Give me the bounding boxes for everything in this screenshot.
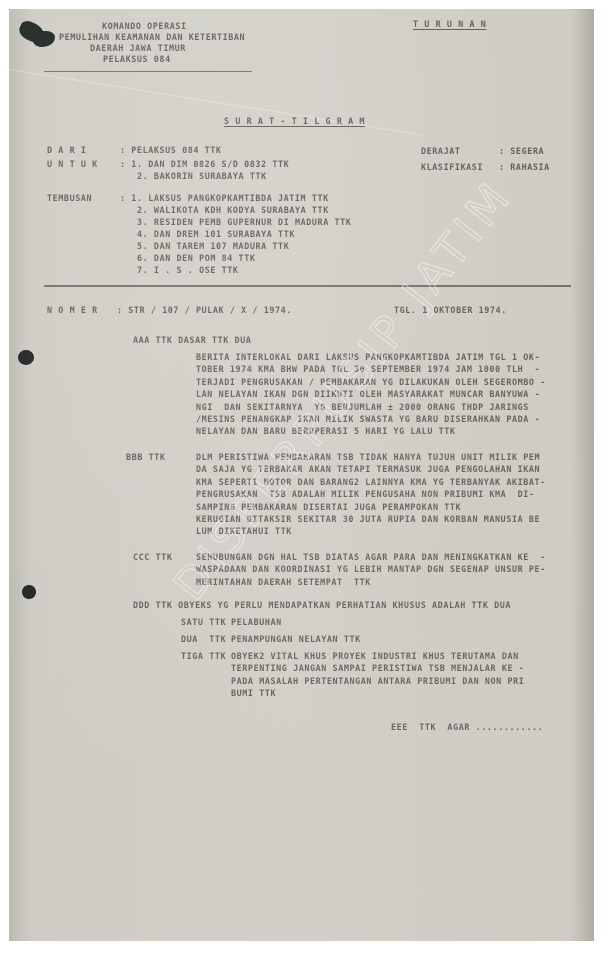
org-line-4: PELAKSUS 084: [103, 54, 171, 64]
tembusan-item: 2. WALIKOTA KDH KODYA SURABAYA TTK: [137, 205, 329, 215]
ddd-item-text: PELABUHAN: [231, 617, 282, 627]
header-rule: [44, 71, 252, 72]
untuk-label: U N T U K: [47, 159, 98, 169]
ink-stain: [33, 31, 55, 47]
nomor-value: : STR / 107 / PULAK / X / 1974.: [117, 305, 292, 315]
bbb-label: BBB TTK: [126, 452, 166, 462]
nomor-label: N O M E R: [47, 305, 98, 315]
tembusan-item: 6. DAN DEN POM 84 TTK: [137, 253, 256, 263]
copy-mark: T U R U N A N: [413, 19, 486, 29]
scanned-telegram-page: KOMANDO OPERASI PEMULIHAN KEAMANAN DAN K…: [9, 9, 594, 941]
punch-hole: [18, 350, 34, 365]
tembusan-item: 4. DAN DREM 101 SURABAYA TTK: [137, 229, 295, 239]
tembusan-item: 3. RESIDEN PEMB GUPERNUR DI MADURA TTK: [137, 217, 351, 227]
klasifikasi-label: KLASIFIKASI: [421, 162, 483, 172]
org-line-2: PEMULIHAN KEAMANAN DAN KETERTIBAN: [59, 32, 245, 42]
tembusan-item: : 1. LAKSUS PANGKOPKAMTIBDA JATIM TTK: [120, 193, 329, 203]
punch-hole: [22, 585, 36, 599]
ddd-item-label: DUA TTK: [181, 634, 226, 644]
opening-line: AAA TTK DASAR TTK DUA: [133, 335, 252, 345]
dari-label: D A R I: [47, 145, 87, 155]
ccc-label: CCC TTK: [133, 552, 173, 562]
tembusan-item: 5. DAN TAREM 107 MADURA TTK: [137, 241, 289, 251]
section-rule: [44, 285, 571, 287]
tembusan-label: TEMBUSAN: [47, 193, 92, 203]
klasifikasi-value: : RAHASIA: [499, 162, 550, 172]
org-line-3: DAERAH JAWA TIMUR: [90, 43, 186, 53]
org-line-1: KOMANDO OPERASI: [102, 21, 187, 31]
dari-value: : PELAKSUS 084 TTK: [120, 145, 222, 155]
closing-line: EEE TTK AGAR ............: [391, 722, 543, 732]
document-type: S U R A T - T I L G R A M: [224, 116, 365, 126]
derajat-label: DERAJAT: [421, 146, 461, 156]
ddd-item-text: PENAMPUNGAN NELAYAN TTK: [231, 634, 361, 644]
ddd-item-text: OBYEK2 VITAL KHUS PROYEK INDUSTRI KHUS T…: [231, 651, 581, 701]
derajat-value: : SEGERA: [499, 146, 544, 156]
paragraph-ccc: SEHUBUNGAN DGN HAL TSB DIATAS AGAR PARA …: [196, 552, 576, 589]
ddd-line: DDD TTK OBYEKS YG PERLU MENDAPATKAN PERH…: [133, 600, 511, 610]
ddd-item-label: TIGA TTK: [181, 651, 226, 661]
untuk-item: : 1. DAN DIM 0826 S/D 0832 TTK: [120, 159, 289, 169]
untuk-item: 2. BAKORIN SURABAYA TTK: [137, 171, 267, 181]
ddd-item-label: SATU TTK: [181, 617, 226, 627]
tembusan-item: 7. I . S . OSE TTK: [137, 265, 239, 275]
